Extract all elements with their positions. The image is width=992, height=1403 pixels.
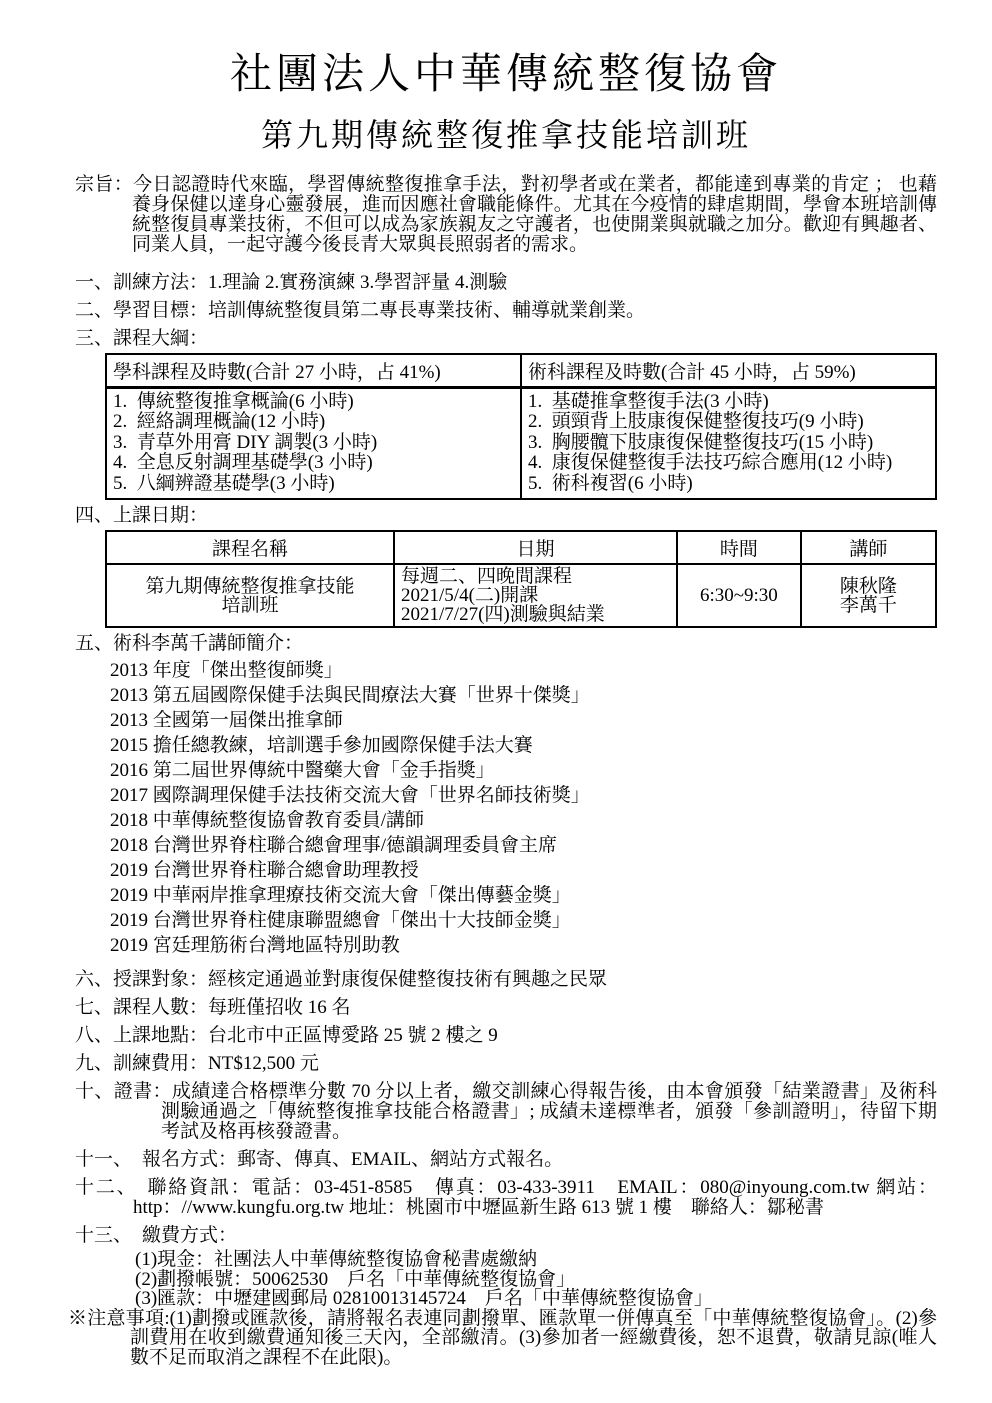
section-course-outline: 三、課程大綱： (75, 329, 937, 349)
section-number: 五、 (75, 633, 113, 654)
bio-item: 2018 台灣世界脊柱聯合總會理事/德韻調理委員會主席 (110, 833, 937, 858)
document-page: 社團法人中華傳統整復協會 第九期傳統整復推拿技能培訓班 宗旨：今日認證時代來臨，… (0, 0, 992, 1403)
purpose-paragraph: 宗旨：今日認證時代來臨，學習傳統整復推拿手法，對初學者或在業者，都能達到專業的肯… (75, 175, 937, 255)
section-target-audience: 六、授課對象：經核定通過並對康復保健整復技術有興趣之民眾 (75, 970, 937, 990)
section-text: 課程大綱： (113, 328, 208, 349)
course-name-line: 第九期傳統整復推拿技能 (113, 577, 387, 596)
teacher-name: 李萬千 (808, 596, 929, 615)
teacher-name: 陳秋隆 (808, 577, 929, 596)
date-line: 2021/7/27(四)測驗與結業 (401, 605, 670, 624)
course-name-line: 培訓班 (113, 596, 387, 615)
section-number: 七、 (75, 997, 113, 1018)
section-text: 課程人數：每班僅招收 16 名 (113, 997, 351, 1018)
section-number: 三、 (75, 328, 113, 349)
org-title: 社團法人中華傳統整復協會 (75, 50, 937, 100)
course-outline-table: 學科課程及時數(合計 27 小時，占 41%) 術科課程及時數(合計 45 小時… (105, 353, 937, 501)
section-training-method: 一、訓練方法：1.理論 2.實務演練 3.學習評量 4.測驗 (75, 273, 937, 293)
section-number: 二、 (75, 300, 113, 321)
schedule-header-date: 日期 (394, 531, 677, 564)
bio-item: 2018 中華傳統整復協會教育委員/講師 (110, 808, 937, 833)
section-number: 六、 (75, 969, 113, 990)
course-item: 1. 基礎推拿整復手法(3 小時) (528, 392, 929, 413)
section-number: 九、 (75, 1053, 113, 1074)
schedule-table: 課程名稱 日期 時間 講師 第九期傳統整復推拿技能培訓班 每週二、四晚間課程20… (105, 530, 937, 628)
schedule-header-course: 課程名稱 (106, 531, 394, 564)
course-item: 2. 經絡調理概論(12 小時) (113, 412, 514, 433)
course-item: 1. 傳統整復推拿概論(6 小時) (113, 392, 514, 413)
course-item: 3. 胸腰髖下肢康復保健整復技巧(15 小時) (528, 433, 929, 454)
bio-item: 2019 台灣世界脊柱健康聯盟總會「傑出十大技師金獎」 (110, 908, 937, 933)
bio-item: 2016 第二屆世界傳統中醫藥大會「金手指獎」 (110, 758, 937, 783)
notes-label: ※注意事項: (68, 1308, 170, 1329)
section-fee: 九、訓練費用：NT$12,500 元 (75, 1054, 937, 1074)
schedule-header-teacher: 講師 (801, 531, 936, 564)
section-number: 四、 (75, 505, 113, 526)
section-text: 授課對象：經核定通過並對康復保健整復技術有興趣之民眾 (113, 969, 607, 990)
schedule-time: 6:30~9:30 (677, 564, 801, 627)
section-number: 十二、 (75, 1177, 137, 1198)
section-number: 一、 (75, 272, 113, 293)
bio-item: 2013 年度「傑出整復師獎」 (110, 658, 937, 683)
schedule-course-name: 第九期傳統整復推拿技能培訓班 (106, 564, 394, 627)
instructor-bio-list: 2013 年度「傑出整復師獎」2013 第五屆國際保健手法與民間療法大賽「世界十… (110, 658, 937, 958)
section-text: 術科李萬千講師簡介： (113, 633, 303, 654)
payment-method: (3)匯款：中壢建國郵局 02810013145724 戶名「中華傳統整復協會」 (135, 1289, 937, 1309)
course-item: 3. 青草外用膏 DIY 調製(3 小時) (113, 433, 514, 454)
bio-item: 2019 中華兩岸推拿理療技術交流大會「傑出傳藝金獎」 (110, 883, 937, 908)
section-learning-goal: 二、學習目標：培訓傳統整復員第二專長專業技術、輔導就業創業。 (75, 301, 937, 321)
outline-header-academic: 學科課程及時數(合計 27 小時，占 41%) (106, 354, 521, 388)
section-text: 上課日期： (113, 505, 208, 526)
section-text: 繳費方式： (142, 1225, 237, 1246)
section-text: 訓練費用：NT$12,500 元 (113, 1053, 319, 1074)
section-payment: 十三、繳費方式： (75, 1226, 937, 1246)
section-number: 十、 (75, 1081, 114, 1102)
section-instructor-bio: 五、術科李萬千講師簡介： (75, 634, 937, 654)
schedule-dates: 每週二、四晚間課程2021/5/4(二)開課2021/7/27(四)測驗與結業 (394, 564, 677, 627)
course-item: 5. 術科複習(6 小時) (528, 474, 929, 495)
outline-header-practical: 術科課程及時數(合計 45 小時，占 59%) (521, 354, 936, 388)
schedule-header-time: 時間 (677, 531, 801, 564)
section-location: 八、上課地點：台北市中正區博愛路 25 號 2 樓之 9 (75, 1026, 937, 1046)
bio-item: 2019 宮廷理筋術台灣地區特別助教 (110, 933, 937, 958)
practical-course-list: 1. 基礎推拿整復手法(3 小時)2. 頭頸背上肢康復保健整復技巧(9 小時)3… (521, 387, 936, 499)
section-number: 八、 (75, 1025, 113, 1046)
section-certificate: 十、證書：成績達合格標準分數 70 分以上者，繳交訓練心得報告後，由本會頒發「結… (75, 1082, 937, 1142)
section-text: 上課地點：台北市中正區博愛路 25 號 2 樓之 9 (113, 1025, 498, 1046)
course-title: 第九期傳統整復推拿技能培訓班 (75, 116, 937, 154)
payment-method: (1)現金：社團法人中華傳統整復協會秘書處繳納 (135, 1250, 937, 1270)
bio-item: 2015 擔任總教練，培訓選手參加國際保健手法大賽 (110, 733, 937, 758)
purpose-text: 今日認證時代來臨，學習傳統整復推拿手法，對初學者或在業者，都能達到專業的肯定 ；… (132, 174, 937, 255)
date-line: 每週二、四晚間課程 (401, 567, 670, 586)
payment-method: (2)劃撥帳號：50062530 戶名「中華傳統整復協會」 (135, 1270, 937, 1290)
section-contact: 十二、聯絡資訊：電話：03-451-8585 傳真：03-433-3911 EM… (75, 1178, 937, 1218)
section-text: 證書：成績達合格標準分數 70 分以上者，繳交訓練心得報告後，由本會頒發「結業證… (114, 1081, 937, 1142)
section-class-dates: 四、上課日期： (75, 506, 937, 526)
section-number: 十三、 (75, 1225, 132, 1246)
table-row: 第九期傳統整復推拿技能培訓班 每週二、四晚間課程2021/5/4(二)開課202… (106, 564, 936, 627)
bio-item: 2019 台灣世界脊柱聯合總會助理教授 (110, 858, 937, 883)
academic-course-list: 1. 傳統整復推拿概論(6 小時)2. 經絡調理概論(12 小時)3. 青草外用… (106, 387, 521, 499)
course-item: 5. 八綱辨證基礎學(3 小時) (113, 474, 514, 495)
table-row: 1. 傳統整復推拿概論(6 小時)2. 經絡調理概論(12 小時)3. 青草外用… (106, 387, 936, 499)
course-item: 4. 康復保健整復手法技巧綜合應用(12 小時) (528, 453, 929, 474)
bio-item: 2017 國際調理保健手法技術交流大會「世界名師技術獎」 (110, 783, 937, 808)
section-text: 訓練方法：1.理論 2.實務演練 3.學習評量 4.測驗 (113, 272, 507, 293)
section-number: 十一、 (75, 1149, 132, 1170)
section-registration: 十一、報名方式：郵寄、傳真、EMAIL、網站方式報名。 (75, 1150, 937, 1170)
bio-item: 2013 全國第一屆傑出推拿師 (110, 708, 937, 733)
course-item: 2. 頭頸背上肢康復保健整復技巧(9 小時) (528, 412, 929, 433)
section-text: 報名方式：郵寄、傳真、EMAIL、網站方式報名。 (142, 1149, 563, 1170)
section-text: 學習目標：培訓傳統整復員第二專長專業技術、輔導就業創業。 (113, 300, 645, 321)
section-class-size: 七、課程人數：每班僅招收 16 名 (75, 998, 937, 1018)
notes-paragraph: ※注意事項:(1)劃撥或匯款後，請將報名表連同劃撥單、匯款單一併傳真至「中華傳統… (68, 1309, 937, 1368)
bio-item: 2013 第五屆國際保健手法與民間療法大賽「世界十傑獎」 (110, 683, 937, 708)
purpose-label: 宗旨： (75, 174, 133, 195)
notes-text: (1)劃撥或匯款後，請將報名表連同劃撥單、匯款單一併傳真至「中華傳統整復協會」。… (130, 1308, 937, 1368)
section-text: 聯絡資訊：電話：03-451-8585 傳真：03-433-3911 EMAIL… (133, 1177, 937, 1218)
course-item: 4. 全息反射調理基礎學(3 小時) (113, 453, 514, 474)
payment-method-list: (1)現金：社團法人中華傳統整復協會秘書處繳納(2)劃撥帳號：50062530 … (135, 1250, 937, 1309)
schedule-teachers: 陳秋隆李萬千 (801, 564, 936, 627)
date-line: 2021/5/4(二)開課 (401, 586, 670, 605)
